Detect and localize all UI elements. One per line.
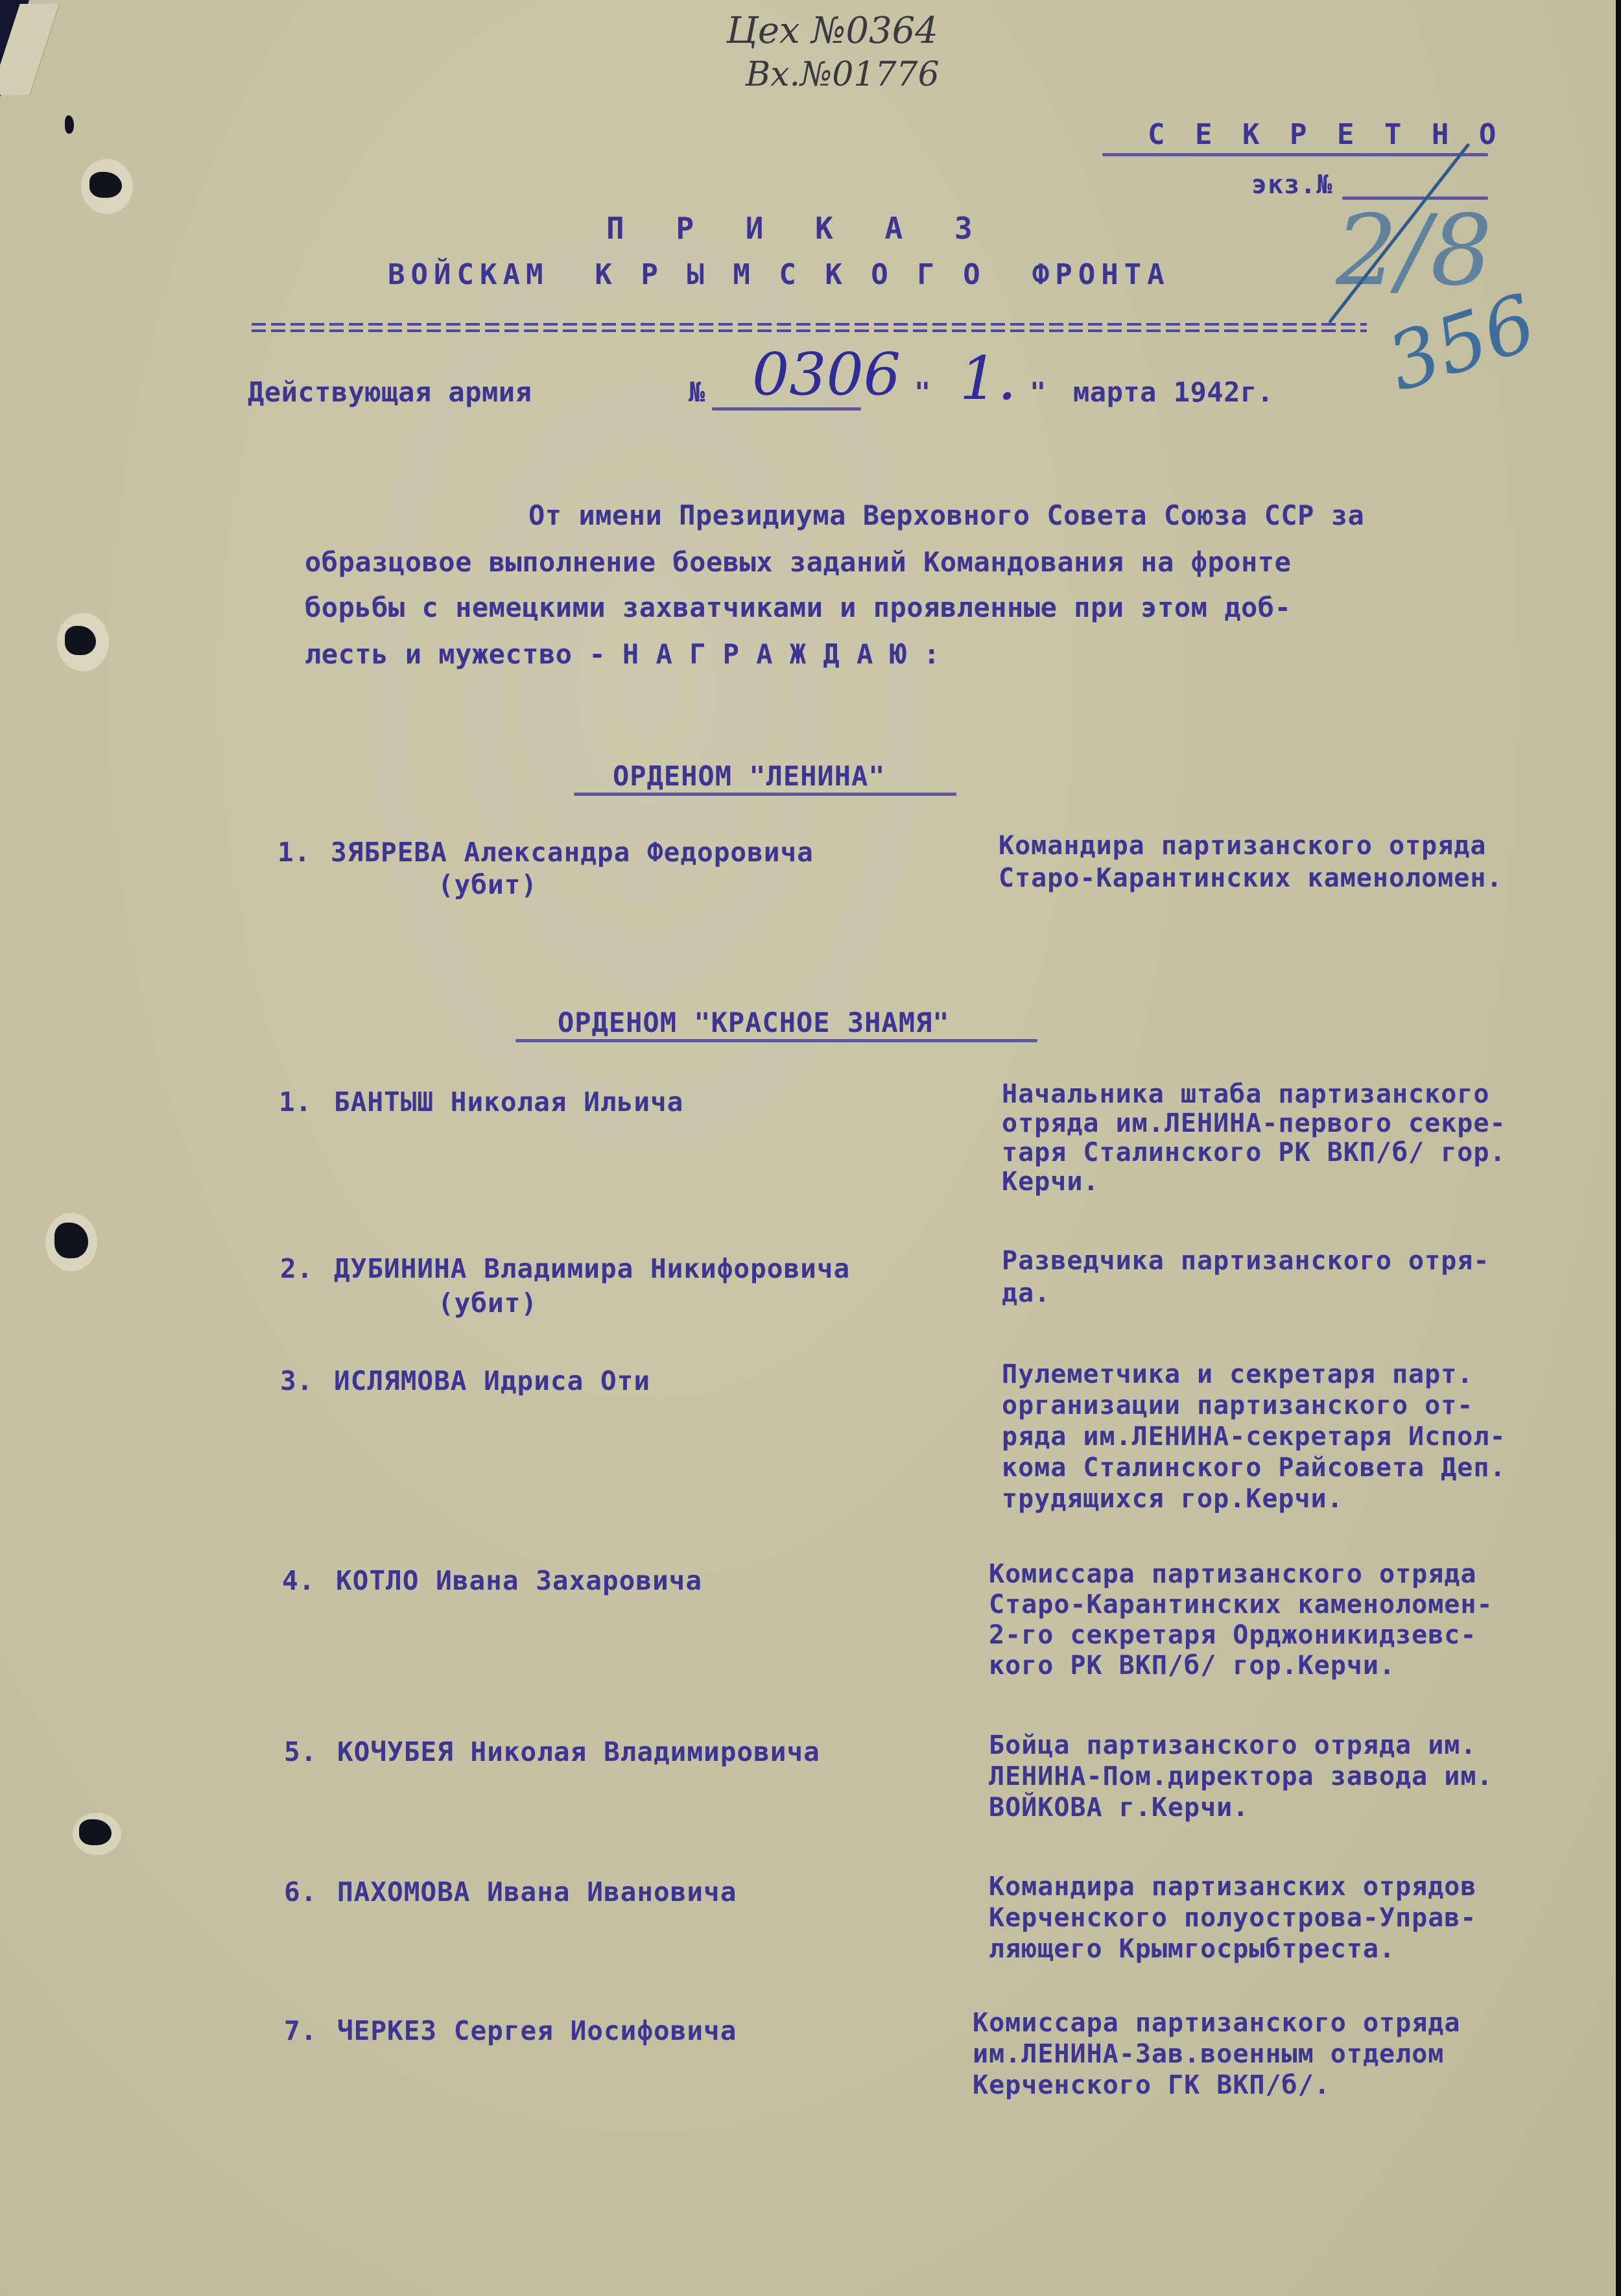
awardee-position-line: Пулеметчика и секретаря парт.: [1002, 1362, 1473, 1387]
secrecy-underline: [1102, 153, 1488, 156]
scan-border: [1616, 0, 1621, 2296]
awardee-position-line: кого РК ВКП/б/ гор.Керчи.: [989, 1653, 1395, 1678]
date-close-quote: ": [1030, 376, 1047, 408]
awardee-position-line: Комиссара партизанского отряда: [989, 1562, 1476, 1586]
awardee-position-line: таря Сталинского РК ВКП/б/ гор.: [1002, 1140, 1506, 1165]
section-heading-underline: [515, 1039, 1037, 1042]
secrecy-label: С Е К Р Е Т Н О: [1148, 118, 1502, 151]
location-label: Действующая армия: [248, 376, 532, 408]
punch-hole: [65, 626, 96, 655]
awardee-name: ПАХОМОВА Ивана Ивановича: [337, 1880, 737, 1904]
awardee-position-line: Керчи.: [1002, 1169, 1100, 1194]
awardee-position-line: отряда им.ЛЕНИНА-первого секре-: [1002, 1111, 1506, 1136]
order-number-label: №: [689, 376, 705, 408]
awardee-position-line: Командира партизанского отряда: [999, 833, 1486, 858]
order-number: 0306: [752, 341, 901, 409]
punch-hole: [65, 115, 74, 134]
awardee-number: 4.: [282, 1568, 315, 1593]
awardee-number: 1.: [278, 840, 311, 865]
preamble-line: борьбы с немецкими захватчиками и проявл…: [305, 592, 1291, 623]
awardee-name: БАНТЫШ Николая Ильича: [334, 1090, 683, 1114]
awardee-number: 7.: [284, 2018, 317, 2043]
awardee-position-line: Керченского ГК ВКП/б/.: [973, 2073, 1331, 2098]
awardee-status: (убит): [438, 872, 538, 897]
order-month-year: марта 1942г.: [1073, 376, 1273, 408]
section-heading-underline: [574, 793, 956, 796]
awardee-position-line: организации партизанского от-: [1002, 1393, 1473, 1418]
section-heading-order-of-lenin: ОРДЕНОМ "ЛЕНИНА": [613, 760, 886, 792]
punch-hole: [89, 172, 122, 198]
awardee-name: ЧЕРКЕЗ Сергея Иосифовича: [337, 2018, 737, 2043]
header-divider: [252, 323, 1367, 332]
document-title: П Р И К А З: [606, 211, 989, 246]
awardee-name: ЗЯБРЕВА Александра Федоровича: [331, 840, 814, 865]
awardee-position-line: им.ЛЕНИНА-Зав.военным отделом: [973, 2042, 1444, 2066]
copy-number-label: экз.№: [1251, 170, 1332, 200]
awardee-position-line: да.: [1002, 1281, 1050, 1306]
awardee-position-line: кома Сталинского Райсовета Деп.: [1002, 1455, 1506, 1480]
awardee-position-line: Разведчика партизанского отря-: [1002, 1249, 1489, 1273]
awardee-name: ДУБИНИНА Владимира Никифоровича: [334, 1256, 850, 1281]
document-subtitle: ВОЙСКАМ К Р Ы М С К О Г О ФРОНТА: [388, 258, 1170, 291]
archive-note-workshop: Цех №0364: [726, 10, 938, 52]
preamble-line: лесть и мужество - Н А Г Р А Ж Д А Ю :: [305, 638, 940, 670]
awardee-position-line: Бойца партизанского отряда им.: [989, 1733, 1476, 1758]
awardee-name: КОТЛО Ивана Захаровича: [336, 1568, 702, 1593]
awardee-number: 6.: [284, 1880, 317, 1904]
archive-note-incoming: Вх.№01776: [746, 55, 940, 94]
awardee-position-line: Керченского полуострова-Управ-: [989, 1906, 1476, 1930]
awardee-name: КОЧУБЕЯ Николая Владимировича: [337, 1740, 820, 1764]
awardee-position-line: Старо-Карантинских каменоломен.: [999, 866, 1503, 891]
section-heading-order-of-red-banner: ОРДЕНОМ "КРАСНОЕ ЗНАМЯ": [558, 1007, 950, 1038]
awardee-position-line: трудящихся гор.Керчи.: [1002, 1487, 1343, 1511]
awardee-status: (убит): [438, 1291, 538, 1315]
awardee-position-line: ляющего Крымгосрыбтреста.: [989, 1937, 1395, 1961]
awardee-position-line: Старо-Карантинских каменоломен-: [989, 1592, 1493, 1617]
awardee-position-line: ряда им.ЛЕНИНА-секретаря Испол-: [1002, 1424, 1506, 1449]
awardee-number: 3.: [280, 1369, 313, 1393]
order-number-underline: [712, 407, 861, 411]
awardee-number: 5.: [284, 1740, 317, 1764]
awardee-position-line: ЛЕНИНА-Пом.директора завода им.: [989, 1764, 1493, 1789]
awardee-number: 2.: [280, 1256, 313, 1281]
awardee-position-line: Начальника штаба партизанского: [1002, 1082, 1489, 1106]
awardee-position-line: ВОЙКОВА г.Керчи.: [989, 1795, 1249, 1820]
preamble-line: образцовое выполнение боевых заданий Ком…: [305, 546, 1291, 578]
awardee-number: 1.: [279, 1090, 312, 1114]
awardee-position-line: Командира партизанских отрядов: [989, 1874, 1476, 1899]
date-open-quote: ": [914, 376, 931, 408]
preamble-line: От имени Президиума Верховного Совета Со…: [528, 499, 1364, 531]
order-day: 1.: [960, 344, 1017, 413]
awardee-position-line: 2-го секретаря Орджоникидзевс-: [989, 1623, 1476, 1647]
awardee-name: ИСЛЯМОВА Идриса Оти: [334, 1369, 650, 1393]
awardee-position-line: Комиссара партизанского отряда: [973, 2011, 1460, 2035]
punch-hole: [79, 1819, 112, 1845]
